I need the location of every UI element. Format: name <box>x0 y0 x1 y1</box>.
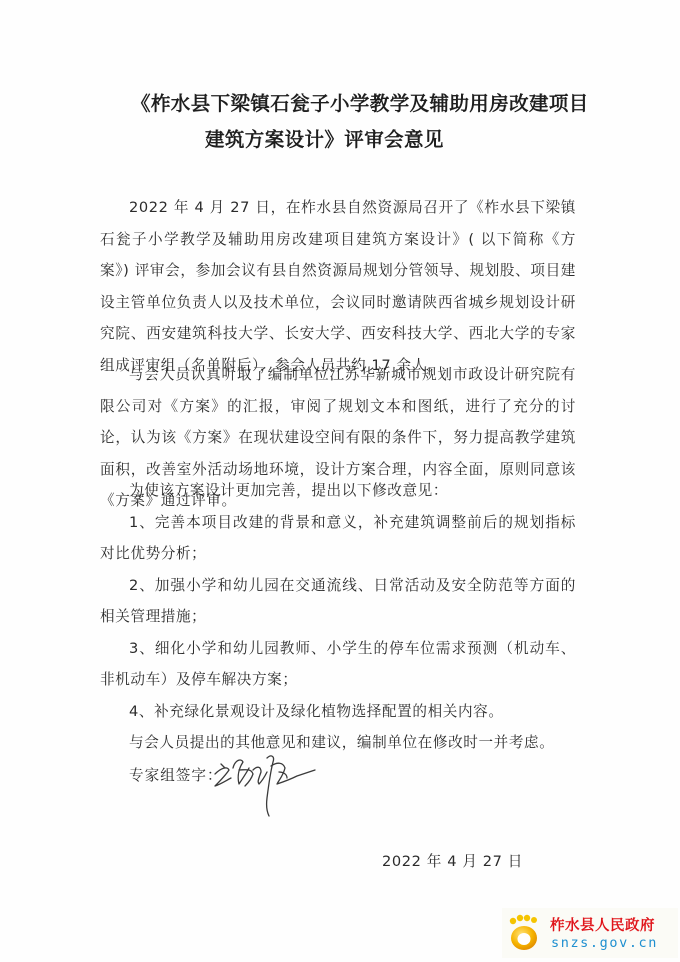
revision-item-1: 1、完善本项目改建的背景和意义，补充建筑调整前后的规划指标对比优势分析； <box>100 507 576 570</box>
document-date: 2022 年 4 月 27 日 <box>382 850 523 871</box>
revision-item-4: 4、补充绿化景观设计及绿化植物选择配置的相关内容。 <box>100 696 576 728</box>
revision-intro: 为使该方案设计更加完善，提出以下修改意见： <box>100 475 576 507</box>
document-title-line-2: 建筑方案设计》评审会意见 <box>205 124 444 152</box>
signature-row: 专家组签字： <box>129 750 429 820</box>
site-watermark: 柞水县人民政府 snzs.gov.cn <box>502 908 678 958</box>
revision-section: 为使该方案设计更加完善，提出以下修改意见： 1、完善本项目改建的背景和意义，补充… <box>100 475 576 759</box>
document-title-line-1: 《柞水县下梁镇石瓮子小学教学及辅助用房改建项目 <box>131 88 589 116</box>
paragraph-meeting-info: 2022 年 4 月 27 日，在柞水县自然资源局召开了《柞水县下梁镇石瓮子小学… <box>100 192 576 381</box>
revision-item-2: 2、加强小学和幼儿园在交通流线、日常活动及安全防范等方面的相关管理措施； <box>100 570 576 633</box>
site-url: snzs.gov.cn <box>551 935 658 951</box>
handwritten-signature-icon <box>209 750 319 822</box>
paragraph-text: 2022 年 4 月 27 日，在柞水县自然资源局召开了《柞水县下梁镇石瓮子小学… <box>100 192 576 381</box>
document-page: 《柞水县下梁镇石瓮子小学教学及辅助用房改建项目 建筑方案设计》评审会意见 202… <box>0 0 680 962</box>
revision-item-3: 3、细化小学和幼儿园教师、小学生的停车位需求预测（机动车、非机动车）及停车解决方… <box>100 633 576 696</box>
footprint-logo-icon <box>506 912 548 954</box>
site-name: 柞水县人民政府 <box>550 914 655 935</box>
